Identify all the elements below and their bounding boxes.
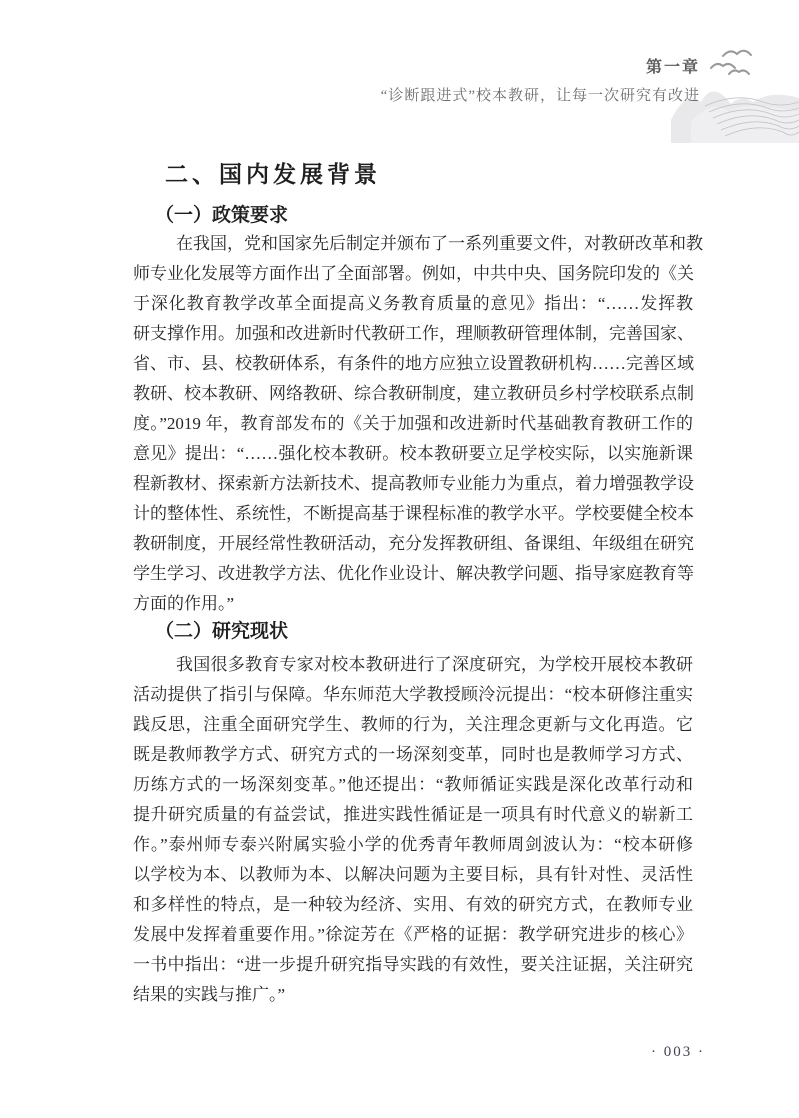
text-line: 发展中发挥着重要作用。”徐淀芳在《严格的证据：教学研究进步的核心》 [133,920,693,950]
text-line: 一书中指出：“进一步提升研究指导实践的有效性，要关注证据，关注研究 [133,950,693,980]
text-line: 省、市、县、校教研体系，有条件的地方应独立设置教研机构……完善区域 [133,349,693,379]
chapter-subtitle: “诊断跟进式”校本教研，让每一次研究有改进 [381,84,700,105]
text-line: 历练方式的一场深刻变革。”他还提出：“教师循证实践是深化改革行动和 [133,770,693,800]
text-line: 研支撑作用。加强和改进新时代教研工作，理顺教研管理体制，完善国家、 [133,319,693,349]
paragraph-research: 我国很多教育专家对校本教研进行了深度研究，为学校开展校本教研活动提供了指引与保障… [133,650,693,1010]
text-line: 作。”泰州师专泰兴附属实验小学的优秀青年教师周剑波认为：“校本研修 [133,830,693,860]
chapter-label: 第一章 [646,54,700,77]
text-line: 计的整体性、系统性，不断提高基于课程标准的教学水平。学校要健全校本 [133,499,693,529]
text-line: 度。”2019 年，教育部发布的《关于加强和改进新时代基础教育教研工作的 [133,409,693,439]
text-line: 教研、校本教研、网络教研、综合教研制度，建立教研员乡村学校联系点制 [133,379,693,409]
paragraph-policy: 在我国，党和国家先后制定并颁布了一系列重要文件，对教研改革和教师专业化发展等方面… [133,229,693,619]
book-page: 第一章 “诊断跟进式”校本教研，让每一次研究有改进 二、国内发展背景 （一）政策… [0,0,799,1118]
text-line: 践反思，注重全面研究学生、教师的行为，关注理念更新与文化再造。它 [133,710,693,740]
text-line: 方面的作用。” [133,589,693,619]
text-line: 于深化教育教学改革全面提高义务教育质量的意见》指出：“……发挥教 [133,289,693,319]
text-line: 提升研究质量的有益尝试，推进实践性循证是一项具有时代意义的崭新工 [133,800,693,830]
text-line: 我国很多教育专家对校本教研进行了深度研究，为学校开展校本教研 [133,650,693,680]
text-line: 意见》提出：“……强化校本教研。校本教研要立足学校实际，以实施新课 [133,439,693,469]
seagulls-icon [711,51,751,74]
page-number: · 003 · [651,1044,705,1061]
text-line: 程新教材、探索新方法新技术、提高教师专业能力为重点，着力增强教学设 [133,469,693,499]
text-line: 在我国，党和国家先后制定并颁布了一系列重要文件，对教研改革和教 [133,229,693,259]
text-line: 学生学习、改进教学方法、优化作业设计、解决教学问题、指导家庭教育等 [133,559,693,589]
text-line: 师专业化发展等方面作出了全面部署。例如，中共中央、国务院印发的《关 [133,259,693,289]
text-line: 和多样性的特点，是一种较为经济、实用、有效的研究方式，在教师专业 [133,890,693,920]
text-line: 既是教师教学方式、研究方式的一场深刻变革，同时也是教师学习方式、 [133,740,693,770]
subsection-heading-policy: （一）政策要求 [155,203,288,229]
text-line: 以学校为本、以教师为本、以解决问题为主要目标，具有针对性、灵活性 [133,860,693,890]
subsection-heading-research: （二）研究现状 [155,619,288,645]
text-line: 结果的实践与推广。” [133,980,693,1010]
text-line: 教研制度，开展经常性教研活动，充分发挥教研组、备课组、年级组在研究 [133,529,693,559]
section-title: 二、国内发展背景 [165,160,381,190]
text-line: 活动提供了指引与保障。华东师范大学教授顾泠沅提出：“校本研修注重实 [133,680,693,710]
